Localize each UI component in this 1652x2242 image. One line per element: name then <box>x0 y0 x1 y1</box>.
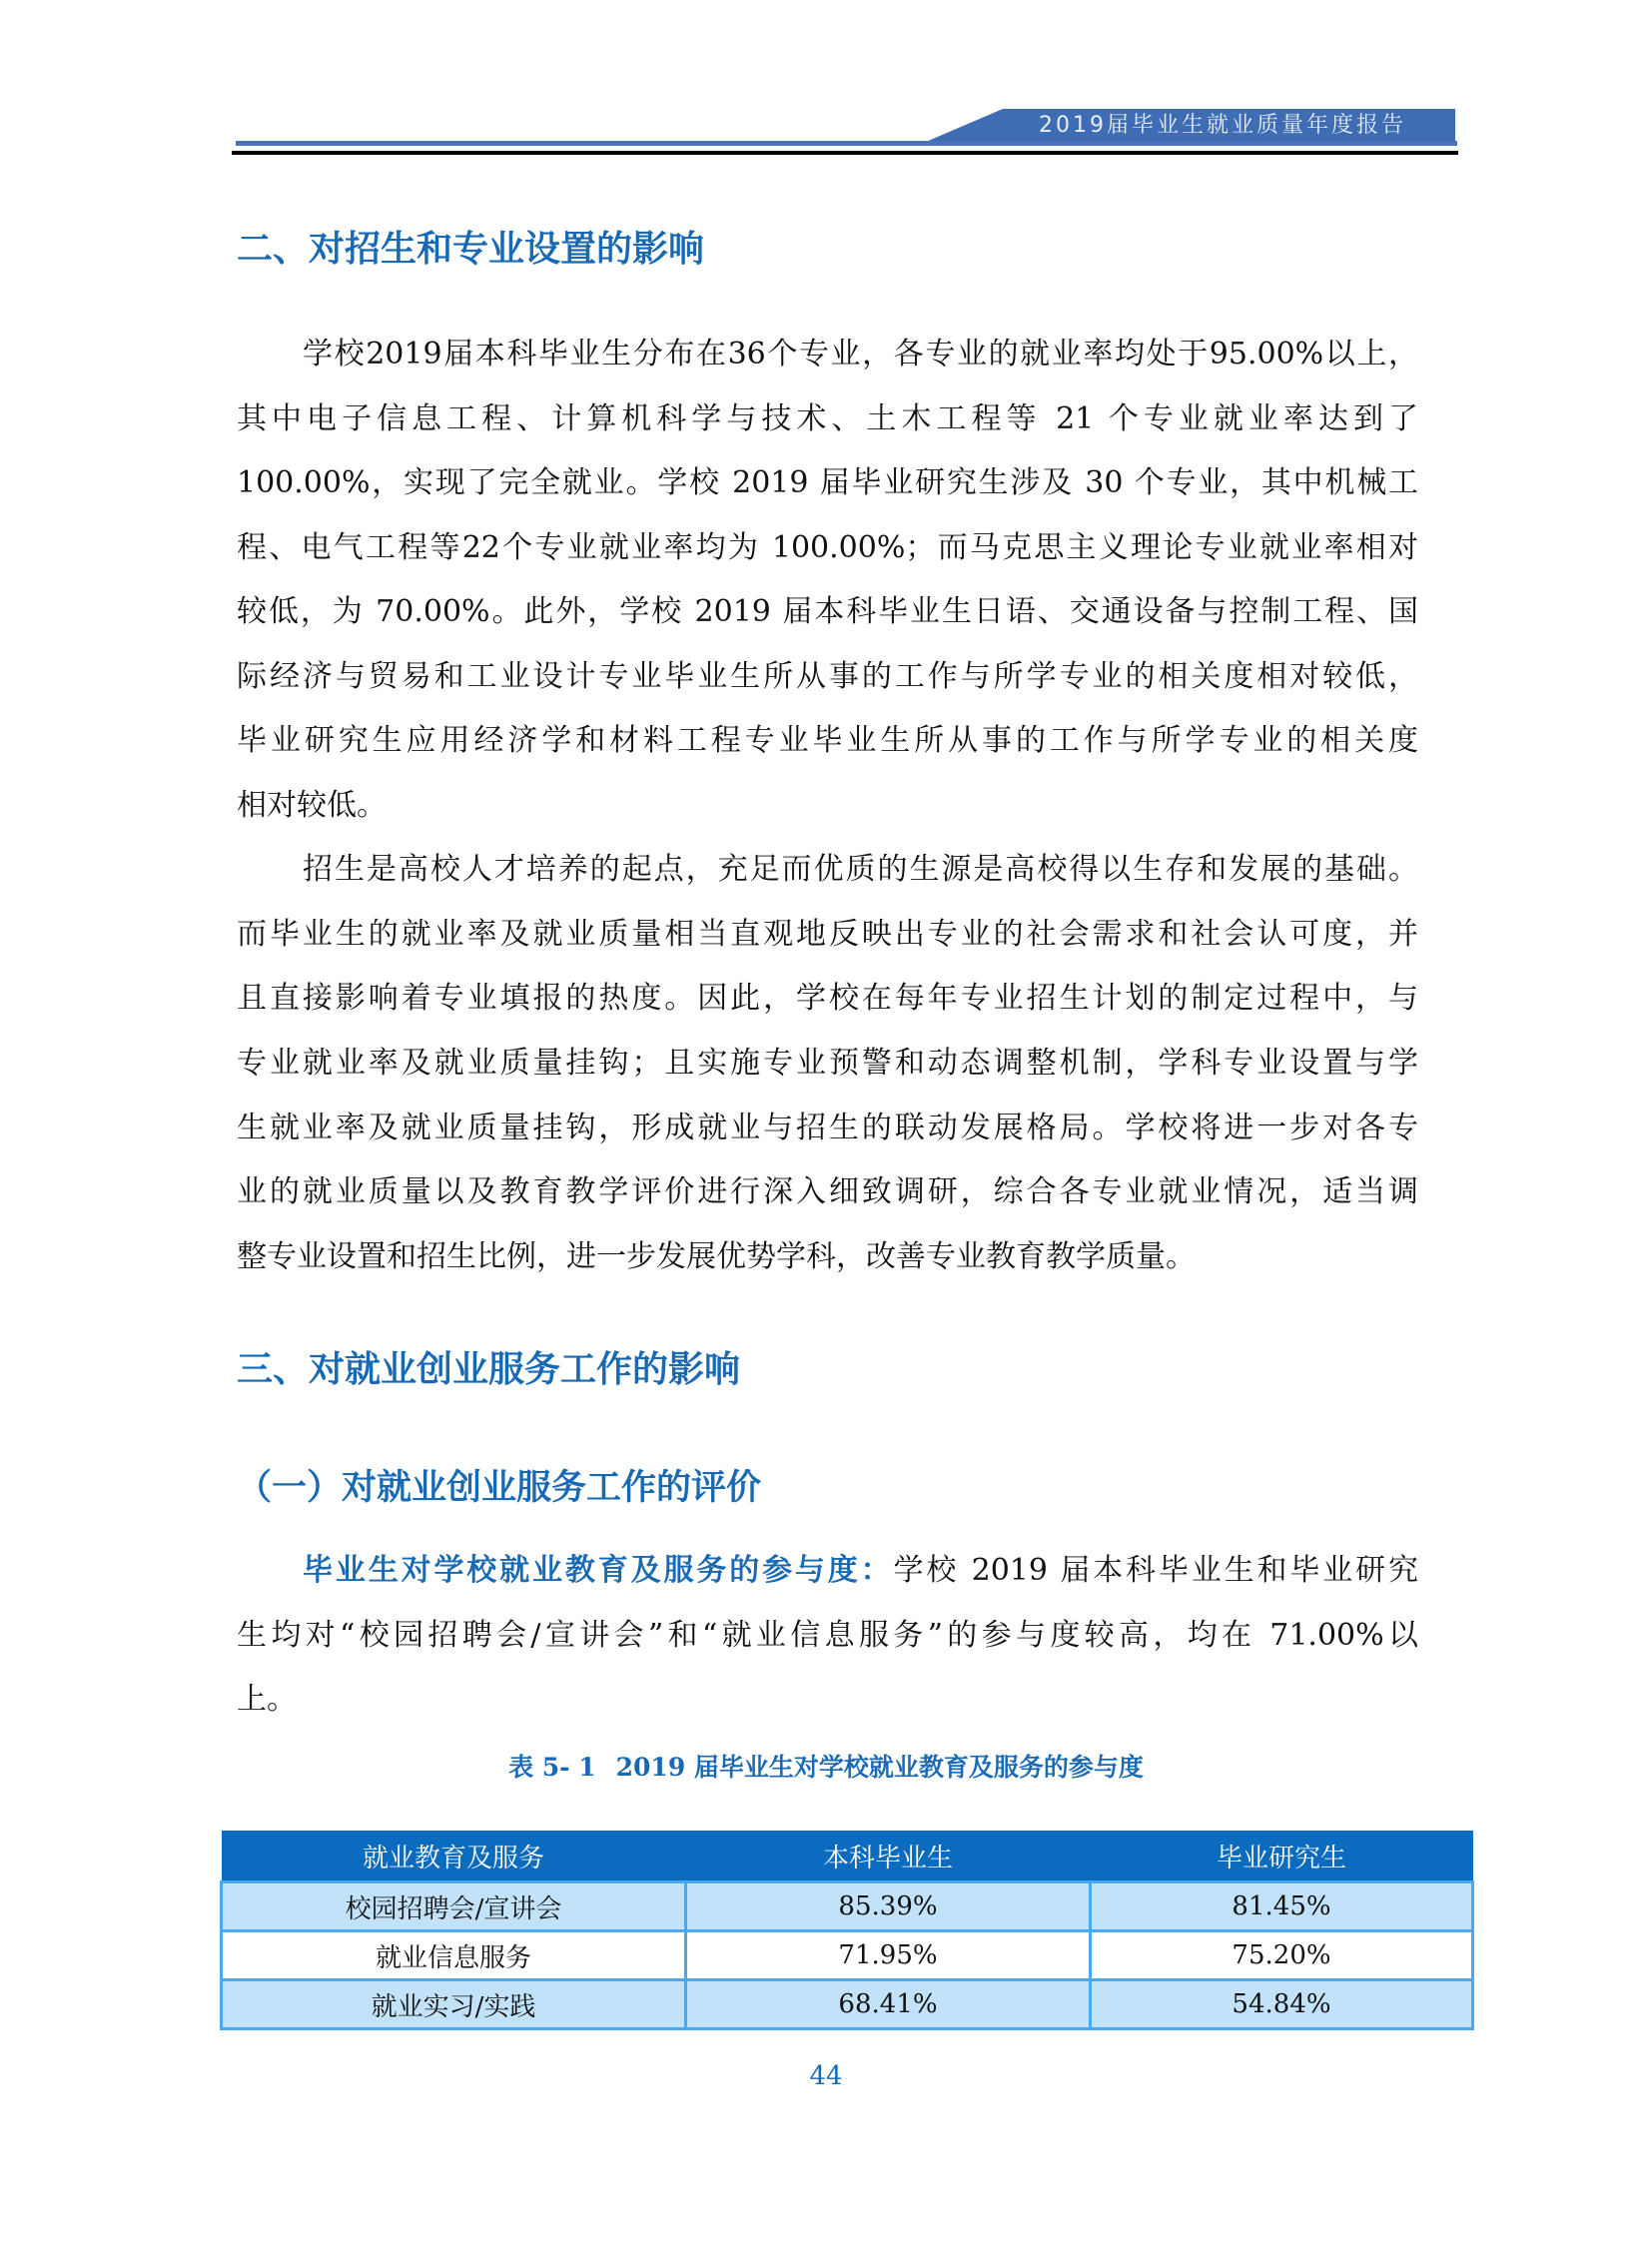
cell-undergrad: 71.95% <box>686 1931 1091 1980</box>
text-line: 程、电气工程等22个专业就业率均为 100.00%；而马克思主义理论专业就业率相… <box>237 530 1418 566</box>
cell-graduate: 81.45% <box>1091 1882 1473 1931</box>
cell-undergrad: 85.39% <box>686 1882 1091 1931</box>
text-line: 较低，为 70.00%。此外，学校 2019 届本科毕业生日语、交通设备与控制工… <box>237 594 1418 630</box>
table-caption-number: 表 5- 1 <box>508 1753 596 1782</box>
text-line: 且直接影响着专业填报的热度。因此，学校在每年专业招生计划的制定过程中，与 <box>237 981 1418 1017</box>
cell-service: 校园招聘会/宣讲会 <box>222 1882 686 1931</box>
text-line: 相对较低。 <box>237 788 1418 824</box>
header-rule-black <box>232 151 1458 155</box>
participation-table: 就业教育及服务 本科毕业生 毕业研究生 校园招聘会/宣讲会 85.39% 81.… <box>220 1831 1474 2030</box>
cell-undergrad: 68.41% <box>686 1980 1091 2029</box>
text-line: 上。 <box>237 1682 1418 1718</box>
text-line: 整专业设置和招生比例，进一步发展优势学科，改善专业教育教学质量。 <box>237 1239 1418 1275</box>
text-line: 专业就业率及就业质量挂钩；且实施专业预警和动态调整机制，学科专业设置与学 <box>237 1046 1418 1082</box>
text-line: 生就业率及就业质量挂钩，形成就业与招生的联动发展格局。学校将进一步对各专 <box>237 1111 1418 1146</box>
text-line: 业的就业质量以及教育教学评价进行深入细致调研，综合各专业就业情况，适当调 <box>237 1174 1418 1210</box>
text-line-lead: 毕业生对学校就业教育及服务的参与度：学校 2019 届本科毕业生和毕业研究 <box>303 1553 1418 1589</box>
text-line: 际经济与贸易和工业设计专业毕业生所从事的工作与所学专业的相关度相对较低， <box>237 659 1418 695</box>
text-line: 其中电子信息工程、计算机科学与技术、土木工程等 21 个专业就业率达到了 <box>237 401 1418 437</box>
header-rule-blue <box>236 141 1457 146</box>
cell-graduate: 75.20% <box>1091 1931 1473 1980</box>
column-header-graduate: 毕业研究生 <box>1091 1831 1473 1882</box>
cell-service: 就业实习/实践 <box>222 1980 686 2029</box>
text-line: 毕业研究生应用经济学和材料工程专业毕业生所从事的工作与所学专业的相关度 <box>237 723 1418 759</box>
section-heading-2: 二、对招生和专业设置的影响 <box>237 230 704 270</box>
lead-label: 毕业生对学校就业教育及服务的参与度： <box>303 1553 894 1588</box>
cell-graduate: 54.84% <box>1091 1980 1473 2029</box>
page-number: 44 <box>0 2061 1652 2091</box>
report-title: 2019届毕业生就业质量年度报告 <box>1039 109 1448 142</box>
subsection-heading: （一）对就业创业服务工作的评价 <box>237 1468 761 1508</box>
table-caption-title: 2019 届毕业生对学校就业教育及服务的参与度 <box>616 1753 1144 1782</box>
table-header-row: 就业教育及服务 本科毕业生 毕业研究生 <box>222 1831 1473 1882</box>
text-line: 学校2019届本科毕业生分布在36个专业，各专业的就业率均处于95.00%以上， <box>303 337 1418 373</box>
table-caption: 表 5- 12019 届毕业生对学校就业教育及服务的参与度 <box>0 1748 1652 1784</box>
table-row: 校园招聘会/宣讲会 85.39% 81.45% <box>222 1882 1473 1931</box>
table-row: 就业信息服务 71.95% 75.20% <box>222 1931 1473 1980</box>
text-line: 生均对“校园招聘会/宣讲会”和“就业信息服务”的参与度较高，均在 71.00%以 <box>237 1618 1418 1654</box>
text-line: 而毕业生的就业率及就业质量相当直观地反映出专业的社会需求和社会认可度，并 <box>237 917 1418 953</box>
column-header-service: 就业教育及服务 <box>222 1831 686 1882</box>
text-line: 100.00%，实现了完全就业。学校 2019 届毕业研究生涉及 30 个专业，… <box>237 465 1418 501</box>
cell-service: 就业信息服务 <box>222 1931 686 1980</box>
section-heading-3: 三、对就业创业服务工作的影响 <box>237 1350 740 1390</box>
column-header-undergrad: 本科毕业生 <box>686 1831 1091 1882</box>
lead-text: 学校 2019 届本科毕业生和毕业研究 <box>894 1553 1419 1588</box>
text-line: 招生是高校人才培养的起点，充足而优质的生源是高校得以生存和发展的基础。 <box>303 852 1418 888</box>
table-row: 就业实习/实践 68.41% 54.84% <box>222 1980 1473 2029</box>
